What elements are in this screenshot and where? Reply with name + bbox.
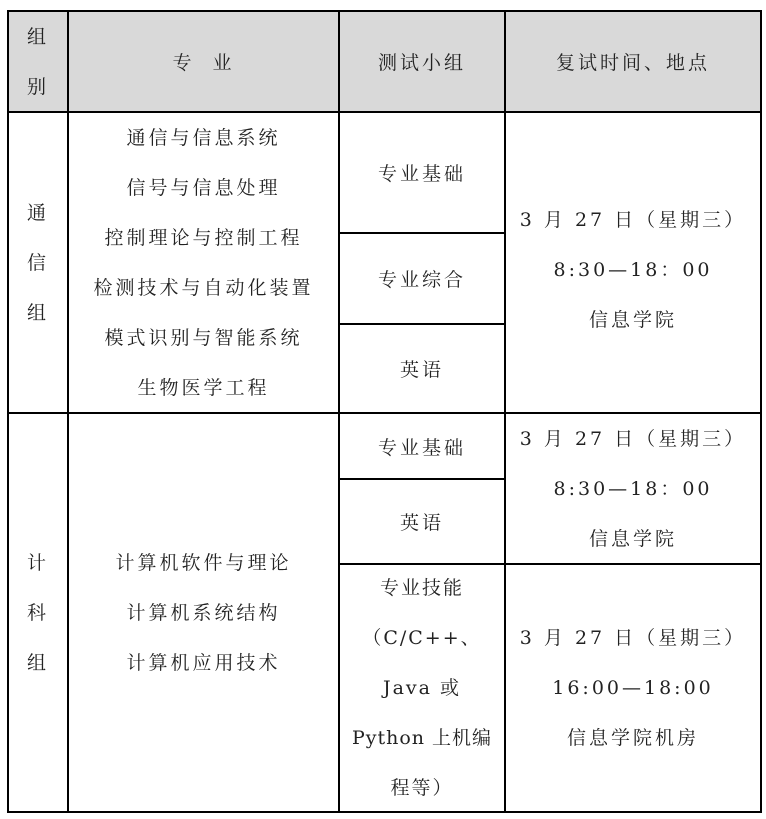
header-test-group: 测试小组: [340, 12, 504, 111]
header-major: 专 业: [69, 12, 338, 111]
group-name-char: 组: [27, 288, 49, 338]
test-label: （C/C++、: [362, 613, 481, 663]
test-label: 程等）: [390, 763, 453, 813]
header-time-place-label: 复试时间、地点: [556, 48, 710, 75]
test-comm-english: 英语: [340, 325, 504, 412]
schedule-cs-1: 3 月 27 日（星期三） 8:30—18：00 信息学院: [506, 414, 760, 563]
group-name-comm: 通 信 组: [9, 113, 67, 412]
majors-cs: 计算机软件与理论 计算机系统结构 计算机应用技术: [69, 414, 338, 811]
divider: [7, 412, 762, 414]
header-group-char: 别: [27, 62, 49, 112]
schedule-place: 信息学院: [589, 295, 677, 345]
test-cs-skills: 专业技能 （C/C++、 Java 或 Python 上机编 程等）: [340, 565, 504, 811]
header-group: 组 别: [9, 12, 67, 111]
group-name-cs: 计 科 组: [9, 414, 67, 811]
schedule-date: 3 月 27 日（星期三）: [520, 414, 746, 464]
test-comm-comprehensive: 专业综合: [340, 234, 504, 323]
group-name-char: 信: [27, 238, 49, 288]
schedule-place: 信息学院机房: [567, 713, 699, 763]
test-label: 专业基础: [378, 159, 466, 186]
schedule-place: 信息学院: [589, 514, 677, 564]
schedule-time: 8:30—18：00: [553, 245, 712, 295]
header-time-place: 复试时间、地点: [506, 12, 760, 111]
test-comm-basic: 专业基础: [340, 113, 504, 232]
major-item: 控制理论与控制工程: [104, 213, 302, 263]
header-group-char: 组: [27, 12, 49, 62]
major-item: 计算机软件与理论: [115, 538, 291, 588]
test-label: Python 上机编: [352, 713, 492, 763]
test-label: Java 或: [383, 663, 461, 713]
divider: [338, 232, 506, 234]
schedule-comm: 3 月 27 日（星期三） 8:30—18：00 信息学院: [506, 113, 760, 412]
major-item: 计算机系统结构: [126, 588, 280, 638]
divider: [338, 563, 762, 565]
test-cs-english: 英语: [340, 480, 504, 563]
divider: [338, 323, 506, 325]
group-name-char: 通: [27, 188, 49, 238]
schedule-date: 3 月 27 日（星期三）: [520, 613, 746, 663]
test-cs-basic: 专业基础: [340, 414, 504, 478]
group-name-char: 计: [27, 538, 49, 588]
test-label: 专业综合: [378, 265, 466, 292]
major-item: 通信与信息系统: [126, 113, 280, 163]
test-label: 英语: [400, 508, 444, 535]
schedule-cs-2: 3 月 27 日（星期三） 16:00—18:00 信息学院机房: [506, 565, 760, 811]
major-item: 生物医学工程: [137, 363, 269, 413]
schedule-date: 3 月 27 日（星期三）: [520, 195, 746, 245]
group-name-char: 科: [27, 588, 49, 638]
major-item: 模式识别与智能系统: [104, 313, 302, 363]
divider: [7, 111, 762, 113]
schedule-time: 16:00—18:00: [552, 663, 714, 713]
major-item: 检测技术与自动化装置: [93, 263, 313, 313]
divider: [338, 478, 506, 480]
test-label: 专业技能: [380, 563, 464, 613]
group-name-char: 组: [27, 638, 49, 688]
schedule-time: 8:30—18：00: [553, 464, 712, 514]
header-test-group-label: 测试小组: [378, 48, 466, 75]
header-major-label: 专 业: [172, 48, 234, 75]
test-label: 英语: [400, 355, 444, 382]
major-item: 信号与信息处理: [126, 163, 280, 213]
test-label: 专业基础: [378, 433, 466, 460]
majors-comm: 通信与信息系统 信号与信息处理 控制理论与控制工程 检测技术与自动化装置 模式识…: [69, 113, 338, 412]
major-item: 计算机应用技术: [126, 638, 280, 688]
